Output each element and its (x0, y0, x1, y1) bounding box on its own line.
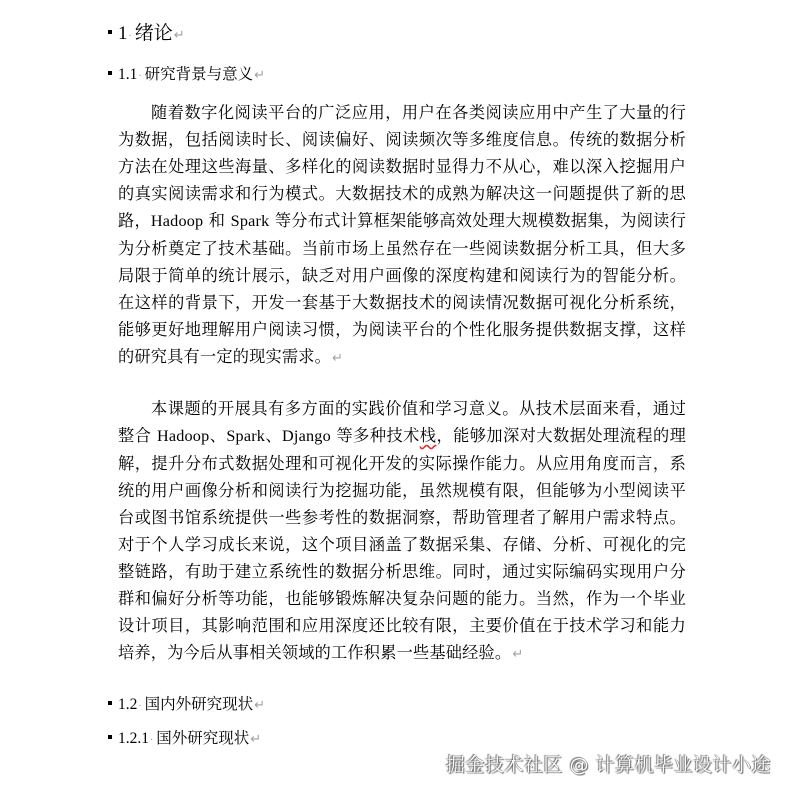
heading-title: 研究背景与意义 (145, 65, 254, 83)
heading-number: 1 (118, 23, 128, 44)
heading-number: 1.1 (118, 66, 137, 83)
heading-title: 国内外研究现状 (145, 695, 254, 713)
heading-1-2[interactable]: 1.2·国内外研究现状↵ (108, 692, 265, 714)
list-bullet-icon (108, 735, 112, 739)
heading-1[interactable]: 1·绪论↵ (108, 18, 185, 45)
heading-1-2-1[interactable]: 1.2.1·国外研究现状↵ (108, 726, 261, 748)
watermark: 掘金技术社区 @ 计算机毕业设计小途 (446, 750, 771, 777)
list-bullet-icon (108, 701, 112, 705)
list-bullet-icon (108, 30, 112, 34)
paragraph-background[interactable]: 随着数字化阅读平台的广泛应用，用户在各类阅读应用中产生了大量的行为数据，包括阅读… (118, 99, 686, 372)
heading-title: 国外研究现状 (156, 729, 249, 747)
paragraph-mark-icon: ↵ (174, 28, 185, 43)
paragraph-mark-icon: ↵ (254, 68, 265, 83)
heading-number: 1.2 (118, 696, 137, 713)
heading-1-1[interactable]: 1.1·研究背景与意义↵ (108, 62, 265, 84)
paragraph-mark-icon: ↵ (254, 698, 265, 713)
paragraph-mark-icon: ↵ (512, 647, 523, 662)
paragraph-significance[interactable]: 本课题的开展具有多方面的实践价值和学习意义。从技术层面来看，通过整合 Hadoo… (118, 395, 686, 668)
list-bullet-icon (108, 71, 112, 75)
spellcheck-underline[interactable]: 栈 (420, 426, 437, 445)
heading-title: 绪论 (135, 22, 173, 44)
paragraph-mark-icon: ↵ (250, 732, 261, 747)
heading-number: 1.2.1 (118, 730, 149, 747)
paragraph-mark-icon: ↵ (332, 351, 343, 366)
document-page: 1·绪论↵ 1.1·研究背景与意义↵ 随着数字化阅读平台的广泛应用，用户在各类阅… (0, 0, 791, 794)
